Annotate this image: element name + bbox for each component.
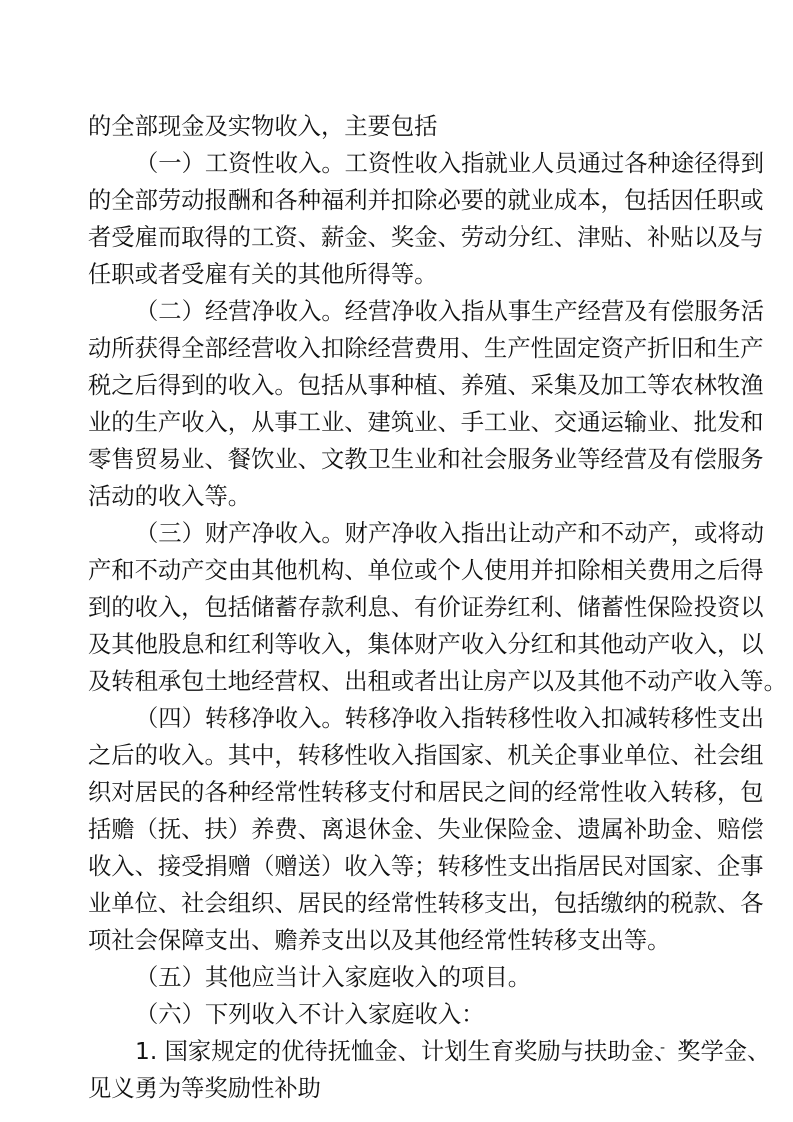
text-line: 收入、接受捐赠（赠送）收入等；转移性支出指居民对国家、企事 <box>88 848 708 885</box>
text-line: 者受雇而取得的工资、薪金、奖金、劳动分红、津贴、补贴以及与 <box>88 219 708 256</box>
text-line: 业单位、社会组织、居民的经常性转移支出，包括缴纳的税款、各 <box>88 885 708 922</box>
text-line: （四）转移净收入。转移净收入指转移性收入扣减转移性支出 <box>88 700 708 737</box>
text-line: 活动的收入等。 <box>88 478 708 515</box>
text-line: 零售贸易业、餐饮业、文教卫生业和社会服务业等经营及有偿服务 <box>88 441 708 478</box>
text-line: 及转租承包土地经营权、出租或者出让房产以及其他不动产收入等。 <box>88 663 708 700</box>
text-line: 税之后得到的收入。包括从事种植、养殖、采集及加工等农林牧渔 <box>88 367 708 404</box>
text-line: 动所获得全部经营收入扣除经营费用、生产性固定资产折旧和生产 <box>88 330 708 367</box>
text-line: （二）经营净收入。经营净收入指从事生产经营及有偿服务活 <box>88 293 708 330</box>
text-line: 任职或者受雇有关的其他所得等。 <box>88 256 708 293</box>
text-line: 的全部劳动报酬和各种福利并扣除必要的就业成本，包括因任职或 <box>88 182 708 219</box>
text-line: 的全部现金及实物收入，主要包括 <box>88 108 708 145</box>
text-line: 及其他股息和红利等收入，集体财产收入分红和其他动产收入，以 <box>88 626 708 663</box>
text-line: 织对居民的各种经常性转移支付和居民之间的经常性收入转移，包 <box>88 774 708 811</box>
text-line: （五）其他应当计入家庭收入的项目。 <box>88 959 708 996</box>
text-line: 产和不动产交由其他机构、单位或个人使用并扣除相关费用之后得 <box>88 552 708 589</box>
text-line: 之后的收入。其中，转移性收入指国家、机关企事业单位、社会组 <box>88 737 708 774</box>
text-line: 1. 国家规定的优待抚恤金、计划生育奖励与扶助金、奖学金、 <box>88 1033 708 1070</box>
text-line: 见义勇为等奖励性补助 <box>88 1070 708 1107</box>
text-line: （三）财产净收入。财产净收入指出让动产和不动产，或将动 <box>88 515 708 552</box>
document-body: 的全部现金及实物收入，主要包括（一）工资性收入。工资性收入指就业人员通过各种途径… <box>88 108 708 1107</box>
text-line: （六）下列收入不计入家庭收入： <box>88 996 708 1033</box>
text-line: 项社会保障支出、赡养支出以及其他经常性转移支出等。 <box>88 922 708 959</box>
text-line: 括赡（抚、扶）养费、离退休金、失业保险金、遗属补助金、赔偿 <box>88 811 708 848</box>
text-line: （一）工资性收入。工资性收入指就业人员通过各种途径得到 <box>88 145 708 182</box>
text-line: 业的生产收入，从事工业、建筑业、手工业、交通运输业、批发和 <box>88 404 708 441</box>
page-number: - 7 - <box>660 1040 718 1056</box>
text-line: 到的收入，包括储蓄存款利息、有价证券红利、储蓄性保险投资以 <box>88 589 708 626</box>
